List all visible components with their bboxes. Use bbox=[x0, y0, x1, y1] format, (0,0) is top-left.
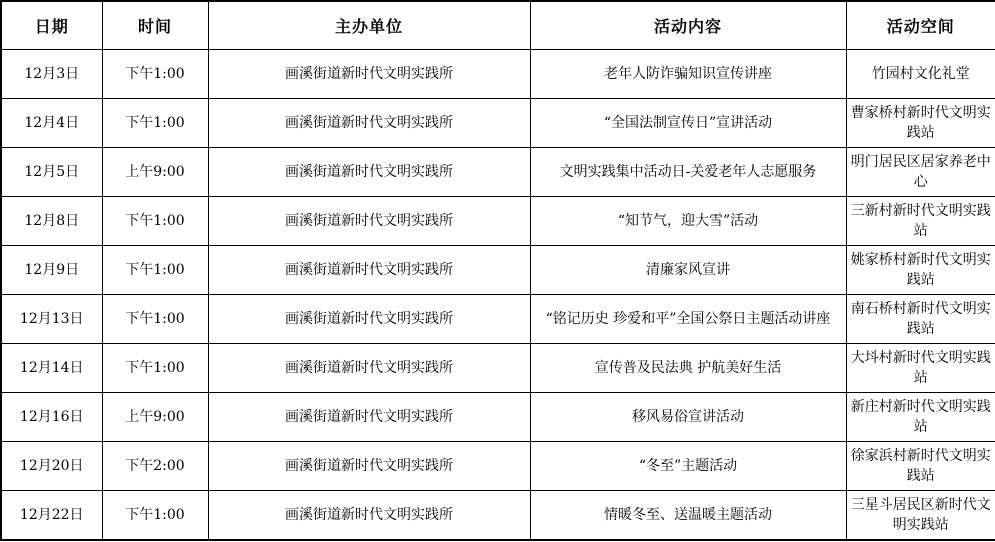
cell-date: 12月16日 bbox=[1, 393, 102, 442]
table-row: 12月14日下午1:00画溪街道新时代文明实践所宣传普及民法典 护航美好生活大㘰… bbox=[1, 344, 995, 393]
cell-venue: 三新村新时代文明实践站 bbox=[846, 197, 995, 246]
cell-activity: “全国法制宣传日”宣讲活动 bbox=[530, 99, 846, 148]
table-row: 12月22日下午1:00画溪街道新时代文明实践所情暖冬至、送温暖主题活动三星斗居… bbox=[1, 491, 995, 541]
table-row: 12月3日下午1:00画溪街道新时代文明实践所老年人防诈骗知识宣传讲座竹园村文化… bbox=[1, 50, 995, 99]
col-header-date: 日期 bbox=[1, 1, 102, 50]
table-row: 12月9日下午1:00画溪街道新时代文明实践所清廉家风宣讲姚家桥村新时代文明实践… bbox=[1, 246, 995, 295]
cell-venue: 徐家浜村新时代文明实践站 bbox=[846, 442, 995, 491]
cell-activity: “铭记历史 珍爱和平”全国公祭日主题活动讲座 bbox=[530, 295, 846, 344]
cell-venue: 大㘰村新时代文明实践站 bbox=[846, 344, 995, 393]
cell-time: 下午1:00 bbox=[102, 491, 208, 541]
cell-time: 下午1:00 bbox=[102, 246, 208, 295]
cell-time: 下午2:00 bbox=[102, 442, 208, 491]
cell-date: 12月4日 bbox=[1, 99, 102, 148]
cell-venue: 明门居民区居家养老中心 bbox=[846, 148, 995, 197]
col-header-activity: 活动内容 bbox=[530, 1, 846, 50]
cell-time: 下午1:00 bbox=[102, 99, 208, 148]
cell-date: 12月8日 bbox=[1, 197, 102, 246]
cell-time: 下午1:00 bbox=[102, 344, 208, 393]
activity-schedule-table: 日期 时间 主办单位 活动内容 活动空间 12月3日下午1:00画溪街道新时代文… bbox=[0, 0, 995, 541]
cell-activity: 清廉家风宣讲 bbox=[530, 246, 846, 295]
cell-activity: “冬至”主题活动 bbox=[530, 442, 846, 491]
cell-organizer: 画溪街道新时代文明实践所 bbox=[208, 246, 530, 295]
table-row: 12月5日上午9:00画溪街道新时代文明实践所文明实践集中活动日-关爱老年人志愿… bbox=[1, 148, 995, 197]
table-row: 12月8日下午1:00画溪街道新时代文明实践所“知节气，迎大雪”活动三新村新时代… bbox=[1, 197, 995, 246]
cell-organizer: 画溪街道新时代文明实践所 bbox=[208, 393, 530, 442]
col-header-venue: 活动空间 bbox=[846, 1, 995, 50]
cell-activity: “知节气，迎大雪”活动 bbox=[530, 197, 846, 246]
cell-activity: 情暖冬至、送温暖主题活动 bbox=[530, 491, 846, 541]
col-header-organizer: 主办单位 bbox=[208, 1, 530, 50]
cell-date: 12月9日 bbox=[1, 246, 102, 295]
cell-venue: 竹园村文化礼堂 bbox=[846, 50, 995, 99]
cell-organizer: 画溪街道新时代文明实践所 bbox=[208, 344, 530, 393]
cell-venue: 南石桥村新时代文明实践站 bbox=[846, 295, 995, 344]
cell-date: 12月13日 bbox=[1, 295, 102, 344]
cell-venue: 曹家桥村新时代文明实践站 bbox=[846, 99, 995, 148]
cell-organizer: 画溪街道新时代文明实践所 bbox=[208, 442, 530, 491]
cell-organizer: 画溪街道新时代文明实践所 bbox=[208, 50, 530, 99]
cell-organizer: 画溪街道新时代文明实践所 bbox=[208, 197, 530, 246]
cell-venue: 姚家桥村新时代文明实践站 bbox=[846, 246, 995, 295]
table-row: 12月16日上午9:00画溪街道新时代文明实践所移风易俗宣讲活动新庄村新时代文明… bbox=[1, 393, 995, 442]
cell-activity: 移风易俗宣讲活动 bbox=[530, 393, 846, 442]
cell-date: 12月22日 bbox=[1, 491, 102, 541]
cell-time: 下午1:00 bbox=[102, 295, 208, 344]
cell-date: 12月3日 bbox=[1, 50, 102, 99]
cell-time: 下午1:00 bbox=[102, 50, 208, 99]
header-row: 日期 时间 主办单位 活动内容 活动空间 bbox=[1, 1, 995, 50]
cell-venue: 三星斗居民区新时代文明实践站 bbox=[846, 491, 995, 541]
table-row: 12月4日下午1:00画溪街道新时代文明实践所“全国法制宣传日”宣讲活动曹家桥村… bbox=[1, 99, 995, 148]
document-page: 日期 时间 主办单位 活动内容 活动空间 12月3日下午1:00画溪街道新时代文… bbox=[0, 0, 995, 542]
cell-date: 12月5日 bbox=[1, 148, 102, 197]
cell-organizer: 画溪街道新时代文明实践所 bbox=[208, 491, 530, 541]
cell-activity: 文明实践集中活动日-关爱老年人志愿服务 bbox=[530, 148, 846, 197]
cell-venue: 新庄村新时代文明实践站 bbox=[846, 393, 995, 442]
table-row: 12月20日下午2:00画溪街道新时代文明实践所“冬至”主题活动徐家浜村新时代文… bbox=[1, 442, 995, 491]
cell-organizer: 画溪街道新时代文明实践所 bbox=[208, 295, 530, 344]
cell-activity: 老年人防诈骗知识宣传讲座 bbox=[530, 50, 846, 99]
cell-date: 12月20日 bbox=[1, 442, 102, 491]
cell-activity: 宣传普及民法典 护航美好生活 bbox=[530, 344, 846, 393]
table-row: 12月13日下午1:00画溪街道新时代文明实践所“铭记历史 珍爱和平”全国公祭日… bbox=[1, 295, 995, 344]
cell-time: 上午9:00 bbox=[102, 148, 208, 197]
cell-organizer: 画溪街道新时代文明实践所 bbox=[208, 148, 530, 197]
cell-time: 下午1:00 bbox=[102, 197, 208, 246]
col-header-time: 时间 bbox=[102, 1, 208, 50]
cell-date: 12月14日 bbox=[1, 344, 102, 393]
cell-organizer: 画溪街道新时代文明实践所 bbox=[208, 99, 530, 148]
cell-time: 上午9:00 bbox=[102, 393, 208, 442]
